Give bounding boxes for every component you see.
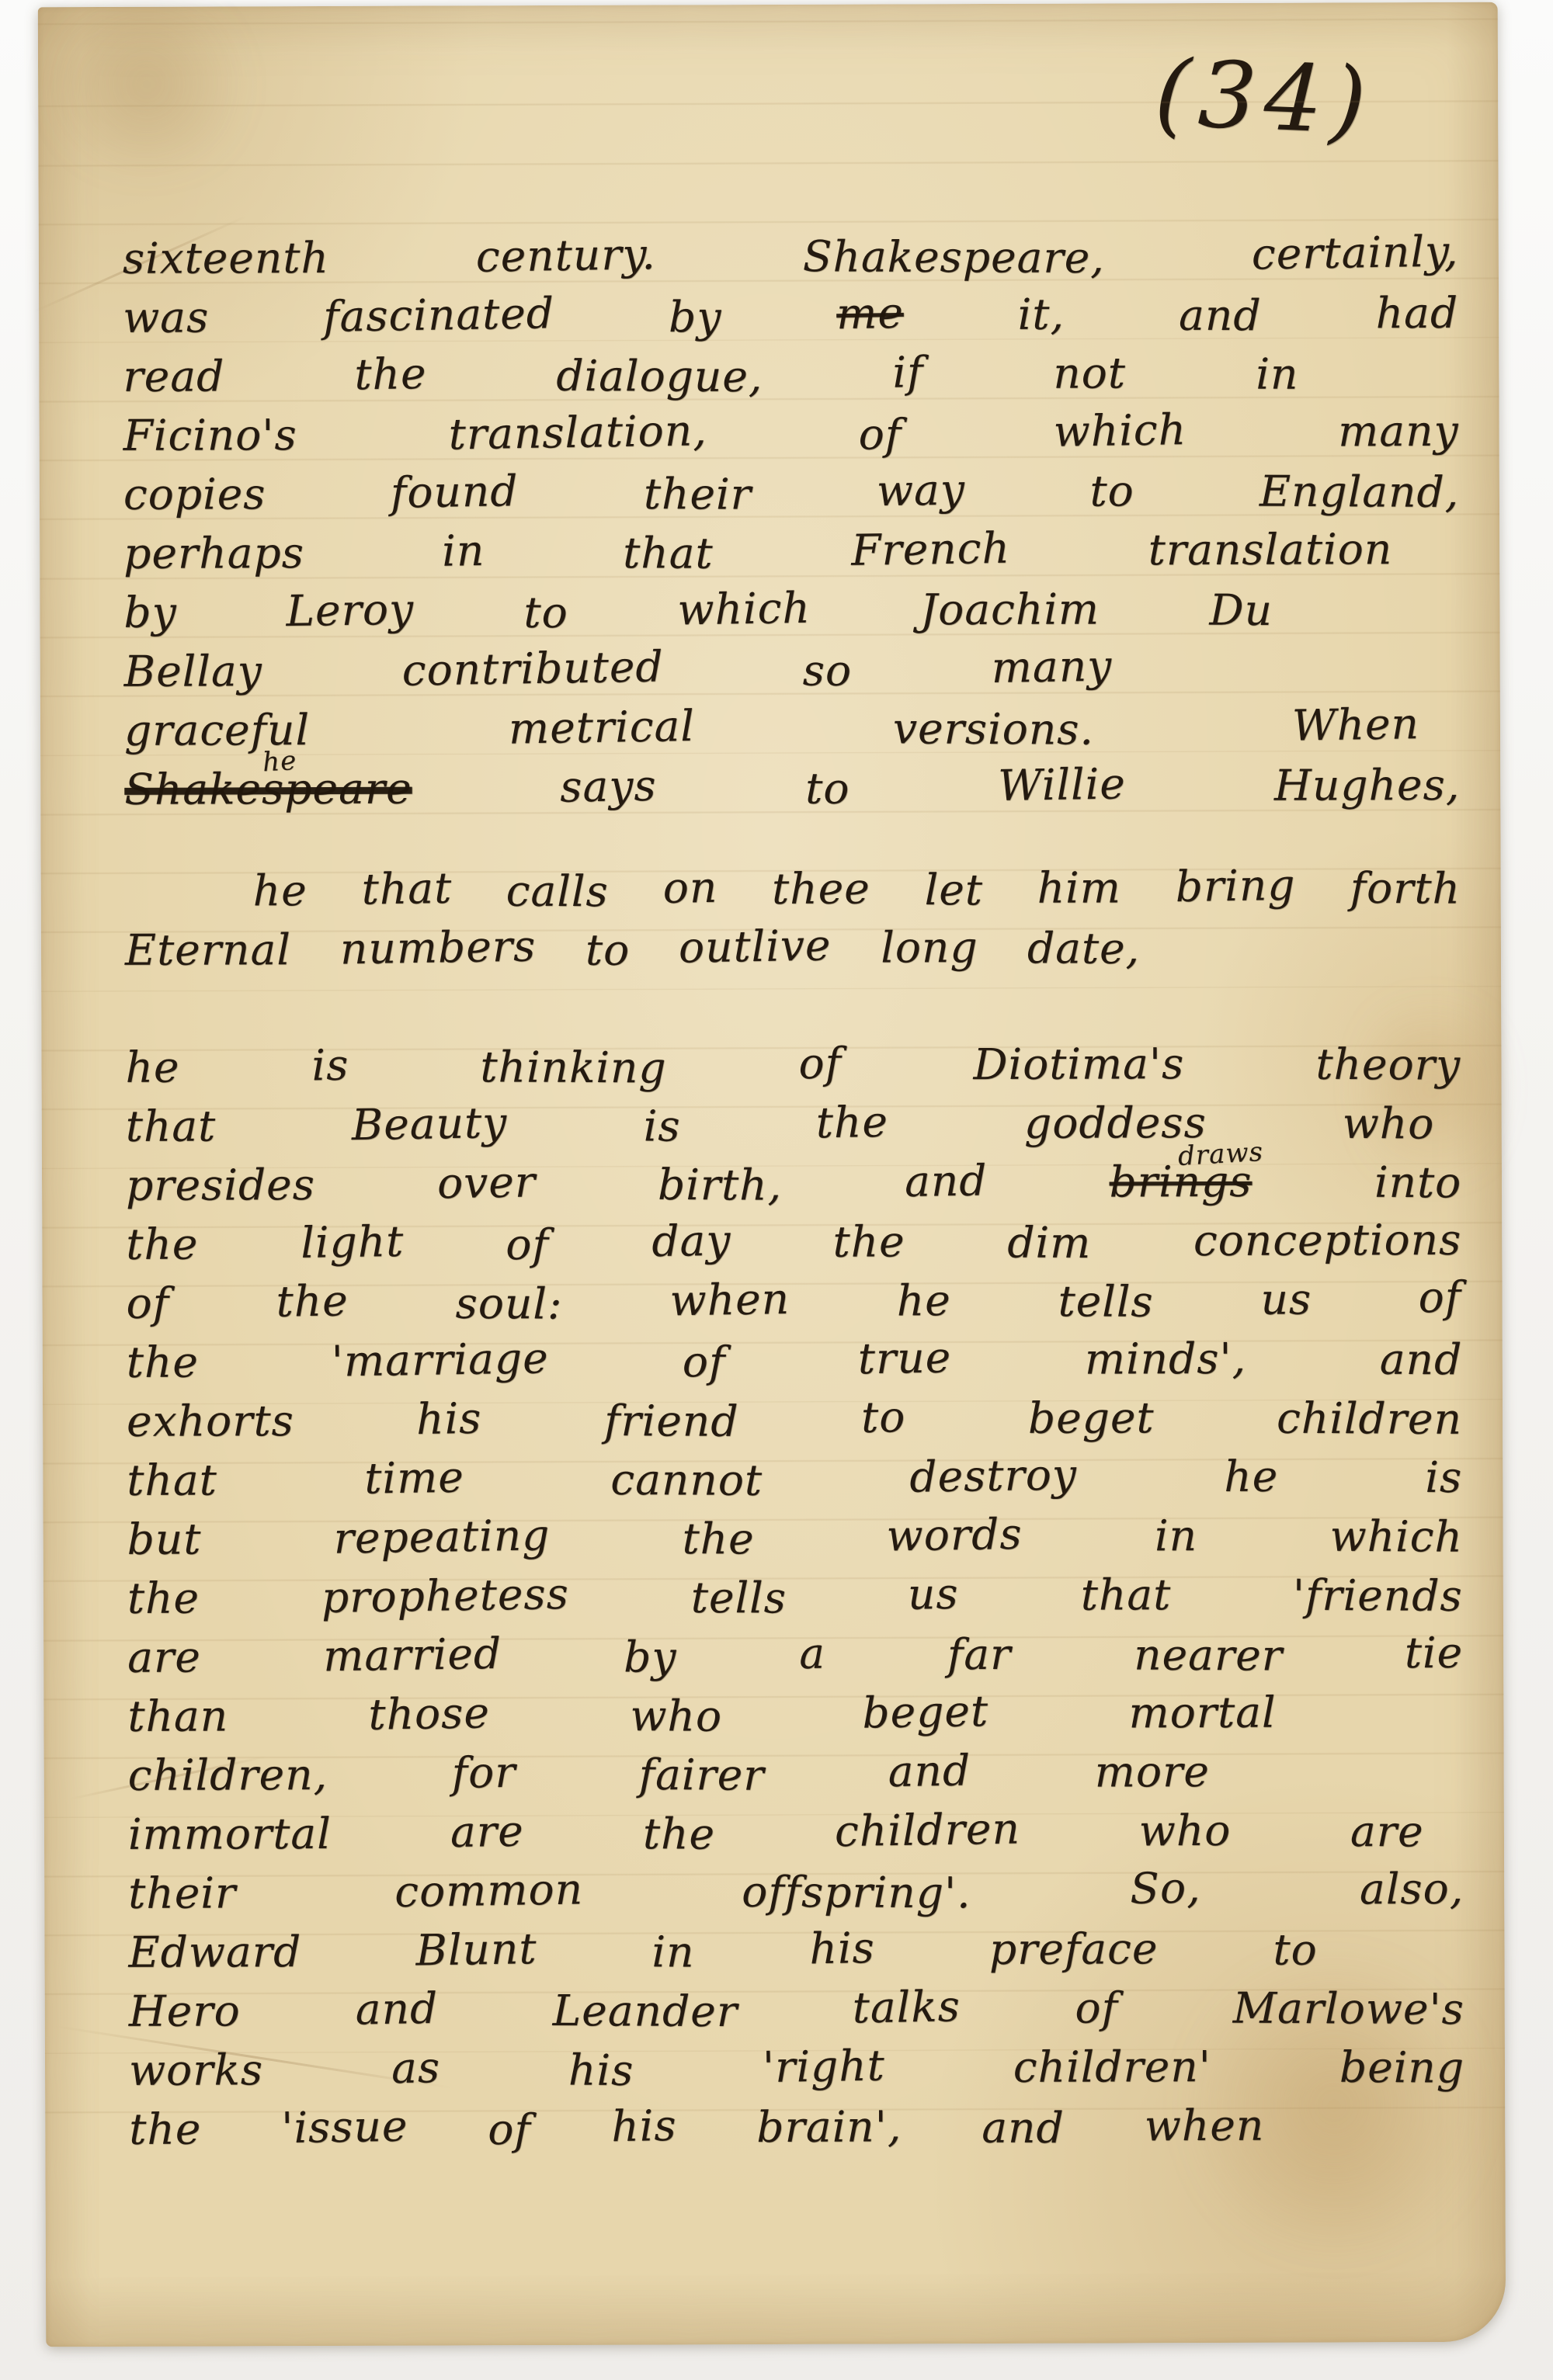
handwritten-word: the: [276, 1275, 349, 1326]
handwritten-word: Hero: [129, 1986, 241, 2036]
handwritten-word: his: [611, 2101, 677, 2151]
handwritten-word: so: [803, 646, 853, 696]
inserted-word-above-line: he: [262, 745, 297, 778]
inserted-word-above-line: draws: [1177, 1136, 1264, 1172]
handwritten-word: the: [643, 1809, 715, 1858]
scanned-page: (34) sixteenthcentury.Shakespeare,certai…: [0, 0, 1553, 2380]
handwritten-word: century.: [475, 229, 656, 282]
handwritten-word: Ficino's: [123, 410, 297, 460]
handwritten-word: had: [1376, 288, 1459, 338]
handwritten-word: many: [992, 641, 1113, 692]
manuscript-line: ShakespearehesaystoWillieHughes,: [124, 751, 1460, 814]
handwritten-word: brain',: [756, 2101, 902, 2152]
handwritten-word: also,: [1360, 1864, 1464, 1913]
handwritten-word: Shakespearehe: [124, 764, 412, 814]
handwritten-word: immortal: [128, 1809, 332, 1859]
handwritten-word: Leander: [552, 1986, 738, 2036]
handwritten-word: Bellay: [124, 646, 262, 696]
manuscript-line: worksashis'rightchildren'being: [129, 2031, 1464, 2095]
handwritten-word: his: [809, 1923, 875, 1973]
handwritten-word: prophetess: [321, 1569, 569, 1622]
handwritten-word: to: [1089, 466, 1134, 515]
manuscript-line: the'issueofhisbrain',andwhen: [129, 2091, 1264, 2154]
handwritten-word: fairer: [639, 1750, 765, 1800]
handwritten-word: far: [947, 1629, 1012, 1679]
manuscript-line: heisthinkingofDiotima'stheory: [125, 1029, 1461, 1092]
handwritten-word: us: [908, 1569, 960, 1619]
handwritten-word: cannot: [610, 1455, 763, 1505]
handwritten-word: many: [1338, 406, 1459, 456]
handwritten-word: the: [832, 1216, 905, 1266]
handwritten-word: of: [506, 1219, 549, 1269]
handwritten-word: When: [1292, 699, 1420, 751]
manuscript-line: the'marriageoftrueminds',and: [127, 1324, 1462, 1387]
manuscript-line: thattimecannotdestroyheis: [127, 1442, 1462, 1505]
handwritten-word: the: [129, 2104, 201, 2154]
handwritten-word: that: [361, 863, 452, 914]
handwritten-word: for: [451, 1747, 516, 1798]
handwritten-word: who: [1139, 1806, 1232, 1855]
handwritten-word: sixteenth: [123, 233, 329, 283]
handwritten-word: that: [1081, 1570, 1172, 1619]
handwritten-word: that: [127, 1455, 217, 1504]
handwritten-word: calls: [506, 866, 609, 917]
manuscript-line: hethatcallsontheelethimbringforth: [125, 852, 1461, 916]
handwritten-word: 'friends: [1293, 1570, 1463, 1621]
handwritten-word: nearer: [1134, 1630, 1283, 1681]
manuscript-line: theircommonoffspring'.So,also,: [128, 1854, 1464, 1918]
handwritten-word: Marlowe's: [1232, 1983, 1464, 2035]
handwritten-word: 'right: [762, 2041, 885, 2092]
handwritten-word: translation: [1148, 524, 1393, 574]
handwritten-word: Leroy: [286, 585, 415, 637]
struck-out-word: me: [836, 288, 904, 338]
handwritten-word: to: [861, 1392, 906, 1442]
handwritten-word: and: [888, 1745, 971, 1796]
handwritten-word: by: [624, 1632, 677, 1681]
handwritten-word: read: [123, 351, 224, 401]
handwritten-word: their: [644, 469, 752, 519]
handwritten-word: French: [851, 523, 1011, 575]
manuscript-line: readthedialogue,ifnotin: [123, 338, 1298, 401]
handwritten-word: children: [1277, 1393, 1462, 1444]
handwritten-word: certainly,: [1251, 226, 1458, 279]
handwritten-word: to: [523, 588, 568, 637]
handwritten-word: day: [651, 1216, 731, 1267]
handwritten-word: repeating: [333, 1510, 551, 1563]
handwritten-word: bringsdraws: [1109, 1157, 1252, 1207]
handwritten-word: him: [1037, 862, 1121, 912]
handwritten-word: their: [128, 1868, 236, 1917]
handwritten-word: birth,: [658, 1160, 782, 1210]
manuscript-line: immortalarethechildrenwhoare: [128, 1795, 1424, 1859]
handwritten-word: found: [391, 466, 519, 518]
manuscript-line: theprophetesstellsusthat'friends: [127, 1559, 1463, 1623]
handwritten-word: of: [1075, 1983, 1118, 2032]
handwritten-word: England,: [1259, 467, 1459, 517]
handwritten-word: way: [876, 464, 965, 515]
handwritten-word: Joachim: [920, 585, 1100, 635]
handwritten-word: by: [123, 588, 177, 637]
handwritten-word: but: [127, 1514, 202, 1564]
handwritten-word: is: [311, 1040, 349, 1091]
handwritten-word: Edward: [128, 1927, 301, 1977]
handwritten-word: of: [798, 1038, 842, 1088]
handwritten-word: theory: [1316, 1039, 1461, 1090]
handwritten-word: the: [127, 1573, 200, 1623]
handwritten-word: dim: [1007, 1217, 1091, 1268]
handwritten-word: of: [859, 409, 902, 459]
handwritten-word: numbers: [340, 921, 537, 974]
handwritten-word: and: [1379, 1334, 1462, 1385]
handwritten-word: bring: [1175, 860, 1296, 911]
handwritten-word: 'marriage: [332, 1333, 550, 1386]
manuscript-line: thelightofdaythedimconceptions: [126, 1206, 1461, 1269]
handwritten-word: works: [129, 2045, 263, 2095]
manuscript-line: thanthosewhobegetmortal: [127, 1678, 1276, 1741]
handwritten-word: was: [123, 293, 209, 342]
handwritten-word: versions.: [893, 703, 1094, 754]
handwritten-word: and: [904, 1155, 987, 1206]
manuscript-line: Bellaycontributedsomany: [124, 633, 1113, 696]
handwritten-word: So,: [1130, 1863, 1201, 1913]
handwritten-word: the: [354, 349, 427, 399]
handwritten-word: he: [1224, 1452, 1278, 1501]
handwritten-word: in: [651, 1927, 694, 1976]
handwritten-word: metrical: [508, 701, 695, 754]
handwritten-word: children: [834, 1803, 1020, 1856]
manuscript-line: byLeroytowhichJoachimDu: [123, 574, 1272, 637]
handwritten-word: married: [323, 1629, 502, 1681]
handwritten-word: contributed: [401, 641, 664, 695]
manuscript-line: presidesoverbirth,andbringsdrawsinto: [126, 1147, 1461, 1210]
handwritten-word: common: [394, 1864, 584, 1917]
handwritten-word: talks: [852, 1981, 961, 2032]
handwritten-word: when: [669, 1274, 790, 1325]
handwritten-word: who: [630, 1691, 722, 1741]
handwritten-word: us: [1260, 1275, 1312, 1324]
handwritten-word: to: [805, 764, 850, 814]
handwritten-word: perhaps: [123, 528, 304, 578]
handwritten-word: the: [682, 1514, 754, 1563]
manuscript-line: children,forfairerandmore: [128, 1737, 1210, 1800]
handwritten-word: Shakespeare,: [802, 231, 1104, 283]
handwritten-word: it,: [1018, 290, 1065, 339]
handwritten-word: is: [1425, 1452, 1462, 1502]
handwritten-word: as: [391, 2042, 441, 2093]
handwritten-word: when: [1145, 2101, 1265, 2151]
handwritten-word: outlive: [679, 921, 832, 973]
manuscript-line: perhapsinthatFrenchtranslation: [123, 515, 1392, 578]
handwritten-word: Willie: [998, 758, 1126, 810]
handwritten-word: me: [836, 288, 904, 338]
handwritten-word: are: [450, 1806, 525, 1857]
handwritten-word: of: [1418, 1272, 1461, 1323]
handwritten-word: on: [662, 862, 718, 913]
handwritten-word: light: [301, 1216, 405, 1268]
handwritten-word: being: [1339, 2042, 1464, 2093]
handwritten-word: he: [897, 1275, 951, 1325]
manuscript-line: Ficino'stranslation,ofwhichmany: [123, 397, 1459, 460]
handwritten-word: is: [643, 1101, 680, 1150]
handwritten-word: to: [585, 925, 631, 975]
manuscript-line: EdwardBluntinhisprefaceto: [128, 1914, 1317, 1977]
handwritten-word: and: [981, 2103, 1065, 2153]
handwritten-word: if: [892, 347, 924, 397]
handwritten-word: his: [568, 2045, 634, 2095]
handwritten-word: words: [886, 1509, 1023, 1561]
handwritten-word: long: [881, 922, 978, 972]
handwritten-word: true: [858, 1332, 952, 1383]
handwritten-word: preface: [989, 1924, 1159, 1974]
handwritten-word: more: [1095, 1747, 1210, 1797]
handwritten-word: children': [1013, 2042, 1211, 2092]
handwritten-word: Du: [1209, 585, 1273, 635]
manuscript-line: aremarriedbyafarnearertie: [127, 1618, 1463, 1682]
handwritten-word: those: [368, 1688, 490, 1739]
handwritten-word: thinking: [480, 1042, 666, 1092]
manuscript-line: wasfascinatedbymeit,andhad: [123, 279, 1458, 342]
handwritten-word: are: [127, 1632, 201, 1682]
handwritten-word: forth: [1350, 863, 1461, 914]
handwritten-word: 'issue: [281, 2101, 408, 2153]
handwritten-word: thee: [772, 864, 870, 914]
handwritten-word: Blunt: [415, 1924, 537, 1975]
handwritten-word: children,: [128, 1750, 328, 1800]
handwritten-word: he: [253, 866, 307, 915]
handwritten-word: of: [488, 2104, 531, 2154]
handwritten-word: to: [1273, 1925, 1318, 1975]
handwritten-word: beget: [862, 1686, 989, 1738]
handwritten-word: offspring'.: [742, 1867, 971, 1918]
handwritten-word: he: [125, 1043, 179, 1092]
handwritten-word: destroy: [909, 1449, 1078, 1501]
manuscript-paper: (34) sixteenthcentury.Shakespeare,certai…: [38, 2, 1506, 2347]
manuscript-line: HeroandLeandertalksofMarlowe's: [129, 1972, 1464, 2036]
handwritten-word: that: [623, 528, 714, 578]
handwritten-word: in: [442, 526, 485, 576]
handwritten-word: and: [355, 1983, 438, 2035]
handwritten-word: beget: [1028, 1393, 1155, 1443]
handwritten-word: time: [364, 1452, 464, 1504]
handwritten-word: minds',: [1085, 1334, 1246, 1384]
manuscript-line: butrepeatingthewordsinwhich: [127, 1501, 1462, 1564]
handwritten-word: which: [1329, 1511, 1463, 1562]
handwritten-word: date,: [1027, 923, 1140, 973]
handwritten-word: copies: [123, 469, 266, 519]
handwritten-word: not: [1053, 348, 1126, 397]
handwritten-word: which: [1053, 404, 1186, 456]
manuscript-text: sixteenthcentury.Shakespeare,certainly,w…: [38, 2, 1506, 2155]
manuscript-line: copiesfoundtheirwaytoEngland,: [123, 456, 1459, 519]
handwritten-word: in: [1155, 1511, 1197, 1560]
manuscript-line: exhortshisfriendtobegetchildren: [127, 1383, 1462, 1446]
handwritten-word: tells: [1058, 1276, 1153, 1327]
handwritten-word: the: [126, 1219, 198, 1269]
handwritten-word: friend: [604, 1396, 739, 1446]
handwritten-word: the: [127, 1337, 199, 1387]
handwritten-word: into: [1374, 1157, 1462, 1208]
handwritten-word: mortal: [1128, 1688, 1276, 1738]
handwritten-word: his: [416, 1393, 482, 1444]
handwritten-word: translation,: [448, 405, 707, 459]
handwritten-word: by: [669, 292, 722, 342]
handwritten-word: over: [437, 1157, 537, 1208]
handwritten-word: the: [816, 1097, 889, 1147]
handwritten-word: dialogue,: [556, 351, 763, 401]
handwritten-word: Hughes,: [1274, 760, 1461, 810]
handwritten-word: soul:: [456, 1278, 563, 1329]
handwritten-word: and: [1179, 290, 1262, 341]
handwritten-word: which: [677, 583, 811, 635]
handwritten-word: presides: [126, 1160, 315, 1210]
handwritten-word: let: [924, 865, 983, 914]
manuscript-line: gracefulmetricalversions.When: [124, 692, 1420, 755]
handwritten-word: fascinated: [323, 288, 555, 342]
handwritten-word: who: [1343, 1098, 1435, 1149]
handwritten-word: Eternal: [125, 925, 291, 975]
handwritten-word: tells: [690, 1573, 786, 1623]
handwritten-word: are: [1350, 1806, 1424, 1856]
manuscript-line: ofthesoul:whenhetellsusof: [126, 1265, 1461, 1328]
handwritten-word: that: [126, 1101, 217, 1150]
handwritten-word: exhorts: [127, 1396, 294, 1446]
handwritten-word: says: [560, 761, 657, 812]
handwritten-word: of: [682, 1337, 725, 1386]
handwritten-word: of: [126, 1278, 169, 1328]
handwritten-word: than: [127, 1691, 228, 1740]
manuscript-line: Eternalnumberstooutlivelongdate,: [125, 912, 1140, 975]
handwritten-word: a: [798, 1629, 825, 1679]
handwritten-word: tie: [1405, 1628, 1463, 1677]
handwritten-word: Beauty: [352, 1098, 508, 1150]
handwritten-word: conceptions: [1193, 1215, 1462, 1265]
manuscript-line: sixteenthcentury.Shakespeare,certainly,: [123, 220, 1458, 283]
handwritten-word: Diotima's: [973, 1039, 1184, 1089]
handwritten-word: in: [1256, 349, 1298, 399]
